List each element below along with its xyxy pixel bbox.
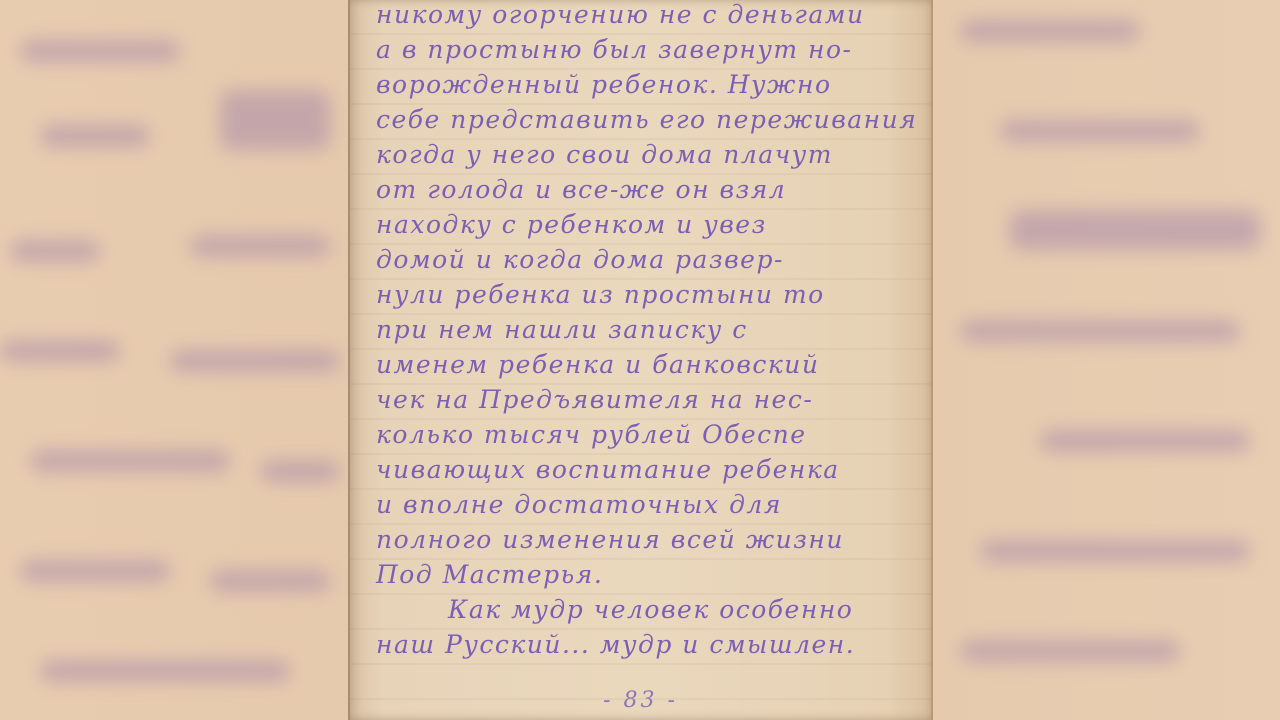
text-line: наш Русский... мудр и смышлен. <box>376 630 855 659</box>
text-line: чивающих воспитание ребенка <box>376 455 840 484</box>
text-line: именем ребенка и банковский <box>376 350 820 379</box>
text-line: чек на Предъявителя на нес- <box>376 385 813 414</box>
text-line: находку с ребенком и увез <box>376 210 767 239</box>
text-line: Как мудр человек особенно <box>448 595 853 624</box>
page-number: - 83 - <box>348 688 933 713</box>
text-line: никому огорчению не с деньгами <box>376 0 865 29</box>
journal-page: никому огорчению не с деньгами а в прост… <box>348 0 933 720</box>
text-line: ворожденный ребенок. Нужно <box>376 70 832 99</box>
text-line: полного изменения всей жизни <box>376 525 844 554</box>
text-line: когда у него свои дома плачут <box>376 140 833 169</box>
text-line: а в простыню был завернут но- <box>376 35 852 64</box>
text-line: нули ребенка из простыни то <box>376 280 825 309</box>
text-line: Под Мастерья. <box>376 560 603 589</box>
text-line: домой и когда дома развер- <box>376 245 784 274</box>
text-line: и вполне достаточных для <box>376 490 782 519</box>
text-line: при нем нашли записку с <box>376 315 748 344</box>
text-line: колько тысяч рублей Обеспе <box>376 420 807 449</box>
text-line: от голода и все-же он взял <box>376 175 786 204</box>
text-line: себе представить его переживания <box>376 105 917 134</box>
